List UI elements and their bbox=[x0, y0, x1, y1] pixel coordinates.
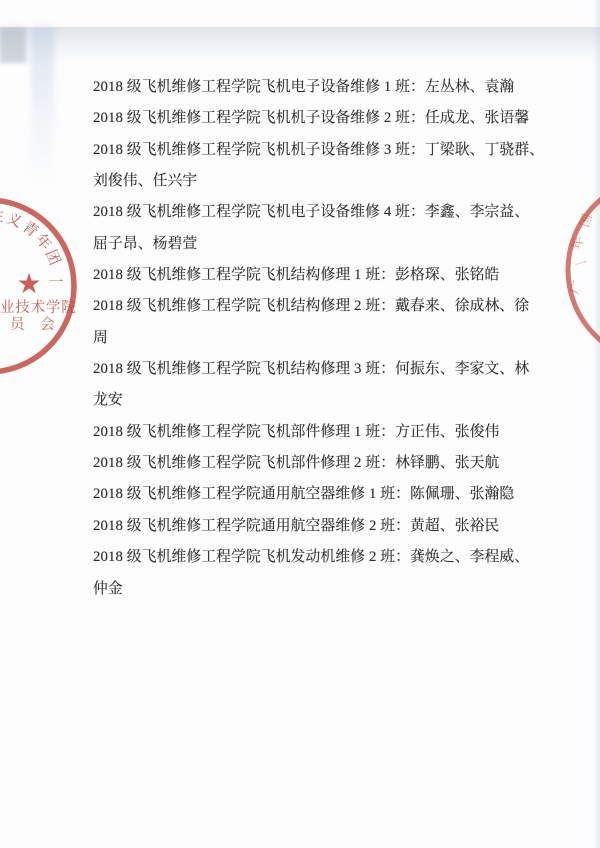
document-text-block: 2018 级飞机维修工程学院飞机电子设备维修 1 班：左丛林、袁瀚 2018 级… bbox=[93, 72, 563, 605]
left-red-seal-stamp: 主义青年团 ★ 一 业技术学院 员 会 bbox=[0, 190, 90, 390]
document-line: 周 bbox=[93, 323, 563, 354]
seal-dash: 一 bbox=[48, 275, 63, 291]
document-line: 2018 级飞机维修工程学院飞机电子设备维修 4 班：李鑫、李宗益、 bbox=[93, 197, 563, 228]
scan-artifact-top-band bbox=[0, 27, 600, 67]
document-line: 2018 级飞机维修工程学院飞机机子设备维修 2 班：任成龙、张语馨 bbox=[93, 103, 563, 134]
document-line: 2018 级飞机维修工程学院飞机机子设备维修 3 班：丁梁耿、丁骁群、 bbox=[93, 135, 563, 166]
scan-artifact-left-streak bbox=[31, 27, 54, 187]
document-line: 2018 级飞机维修工程学院飞机部件修理 2 班：林铎鹏、张天航 bbox=[93, 448, 563, 479]
svg-text:主义青年团: 主义青年团 bbox=[0, 207, 64, 270]
seal-arc-char: 一 bbox=[573, 255, 589, 273]
seal-center-line: 业技术学院 bbox=[0, 299, 77, 316]
document-line: 龙安 bbox=[93, 385, 563, 416]
seal-outer-ring bbox=[568, 192, 600, 357]
seal-arc-char: 年 bbox=[569, 235, 586, 250]
document-line: 2018 级飞机维修工程学院飞机结构修理 2 班：戴春来、徐成林、徐 bbox=[93, 291, 563, 322]
seal-star-icon: ★ bbox=[16, 269, 41, 300]
document-line: 刘俊伟、任兴宇 bbox=[93, 166, 563, 197]
seal-outer-ring bbox=[0, 200, 74, 372]
seal-bottom-line: 员 会 bbox=[10, 316, 59, 333]
document-line: 2018 级飞机维修工程学院飞机电子设备维修 1 班：左丛林、袁瀚 bbox=[93, 72, 563, 103]
seal-arc-char: 国 bbox=[577, 212, 595, 229]
document-line: 2018 级飞机维修工程学院飞机发动机维修 2 班：龚焕之、李程威、 bbox=[93, 542, 563, 573]
seal-arc-char: 广 bbox=[567, 279, 586, 296]
document-line: 仲金 bbox=[93, 574, 563, 605]
document-line: 2018 级飞机维修工程学院飞机结构修理 1 班：彭格琛、张铭皓 bbox=[93, 260, 563, 291]
scan-artifact-corner bbox=[0, 27, 26, 63]
document-line: 2018 级飞机维修工程学院通用航空器维修 2 班：黄超、张裕民 bbox=[93, 511, 563, 542]
scan-artifact-right-edge bbox=[593, 0, 600, 848]
seal-arc-text: 主义青年团 bbox=[0, 207, 64, 270]
document-line: 2018 级飞机维修工程学院通用航空器维修 1 班：陈佩珊、张瀚隐 bbox=[93, 479, 563, 510]
document-line: 屈子昂、杨碧萱 bbox=[93, 229, 563, 260]
document-line: 2018 级飞机维修工程学院飞机部件修理 1 班：方正伟、张俊伟 bbox=[93, 417, 563, 448]
document-line: 2018 级飞机维修工程学院飞机结构修理 3 班：何振东、李家文、林 bbox=[93, 354, 563, 385]
document-page: 主义青年团 ★ 一 业技术学院 员 会 国 年 一 广 2018 级飞机维修工程… bbox=[0, 0, 600, 848]
